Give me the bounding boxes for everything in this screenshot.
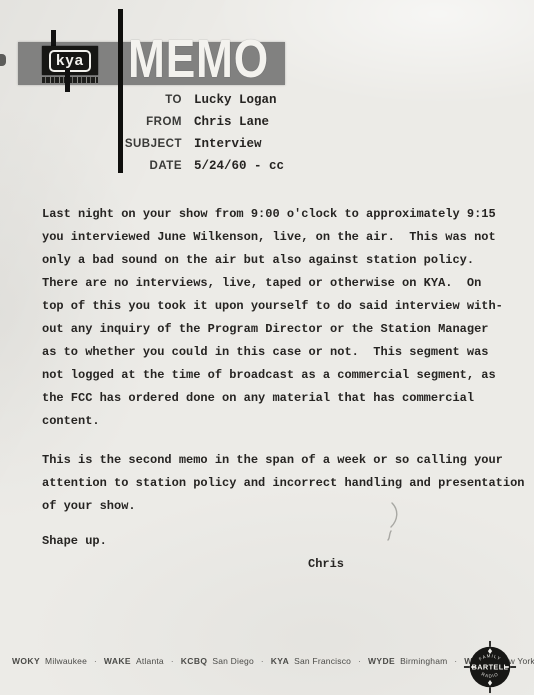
body-line: the FCC has ordered done on any material… xyxy=(42,387,532,410)
bartell-logo: FAMILY RADIO BARTELL xyxy=(463,640,517,694)
body-line: Last night on your show from 9:00 o'cloc… xyxy=(42,203,532,226)
field-label-subject: SUBJECT xyxy=(0,138,182,150)
field-value-subject: Interview xyxy=(194,137,262,151)
body-line: This is the second memo in the span of a… xyxy=(42,449,532,472)
scan-smudge xyxy=(0,54,6,66)
body-line: There are no interviews, live, taped or … xyxy=(42,272,532,295)
body-line: top of this you took it upon yourself to… xyxy=(42,295,532,318)
field-label-to: TO xyxy=(0,94,182,106)
field-row-subject: SUBJECT Interview xyxy=(0,137,284,159)
station-list: WOKY Milwaukee · WAKE Atlanta · KCBQ San… xyxy=(12,656,452,666)
body-line: as to whether you could in this case or … xyxy=(42,341,532,364)
station-call: WYDE xyxy=(368,656,395,666)
pen-mark xyxy=(384,500,406,544)
body-line: out any inquiry of the Program Director … xyxy=(42,318,532,341)
signature: Chris xyxy=(42,553,532,576)
station-call: KCBQ xyxy=(181,656,208,666)
field-label-date: DATE xyxy=(0,160,182,172)
station-city: Birmingham xyxy=(400,656,447,666)
field-row-date: DATE 5/24/60 - cc xyxy=(0,159,284,181)
station-city: Milwaukee xyxy=(45,656,87,666)
station-separator: · xyxy=(94,657,97,666)
body-line: of your show. xyxy=(42,495,532,518)
logo-tick-bottom xyxy=(65,70,70,92)
body-line: content. xyxy=(42,410,532,433)
station-item: WAKE Atlanta xyxy=(104,656,164,666)
body-line: only a bad sound on the air but also aga… xyxy=(42,249,532,272)
station-separator: · xyxy=(261,657,264,666)
station-call: KYA xyxy=(271,656,289,666)
station-city: San Diego xyxy=(212,656,254,666)
body-line: you interviewed June Wilkenson, live, on… xyxy=(42,226,532,249)
kya-logo-tagline xyxy=(42,77,98,83)
station-city: San Francisco xyxy=(294,656,351,666)
field-value-from: Chris Lane xyxy=(194,115,269,129)
station-city: Atlanta xyxy=(136,656,164,666)
memo-page: kya MEMO TO Lucky Logan FROM Chris Lane … xyxy=(0,0,534,695)
bartell-logo-text: BARTELL xyxy=(472,662,509,671)
kya-logo: kya xyxy=(42,46,98,75)
station-call: WAKE xyxy=(104,656,131,666)
station-item: WYDE Birmingham xyxy=(368,656,447,666)
paragraph-1: Last night on your show from 9:00 o'cloc… xyxy=(42,203,532,433)
field-row-from: FROM Chris Lane xyxy=(0,115,284,137)
paragraph-2: This is the second memo in the span of a… xyxy=(42,449,532,518)
closing-line: Shape up. xyxy=(42,530,532,553)
memo-fields: TO Lucky Logan FROM Chris Lane SUBJECT I… xyxy=(0,93,284,181)
field-value-date: 5/24/60 - cc xyxy=(194,159,284,173)
station-separator: · xyxy=(358,657,361,666)
body-line: attention to station policy and incorrec… xyxy=(42,472,532,495)
station-item: WOKY Milwaukee xyxy=(12,656,87,666)
memo-title: MEMO xyxy=(128,34,269,84)
body-line: not logged at the time of broadcast as a… xyxy=(42,364,532,387)
station-call: WOKY xyxy=(12,656,40,666)
field-row-to: TO Lucky Logan xyxy=(0,93,284,115)
field-label-from: FROM xyxy=(0,116,182,128)
station-separator: · xyxy=(454,657,457,666)
field-value-to: Lucky Logan xyxy=(194,93,277,107)
station-item: KYA San Francisco xyxy=(271,656,351,666)
memo-body: Last night on your show from 9:00 o'cloc… xyxy=(42,203,532,576)
kya-logo-text: kya xyxy=(49,50,91,72)
station-item: KCBQ San Diego xyxy=(181,656,254,666)
station-separator: · xyxy=(171,657,174,666)
